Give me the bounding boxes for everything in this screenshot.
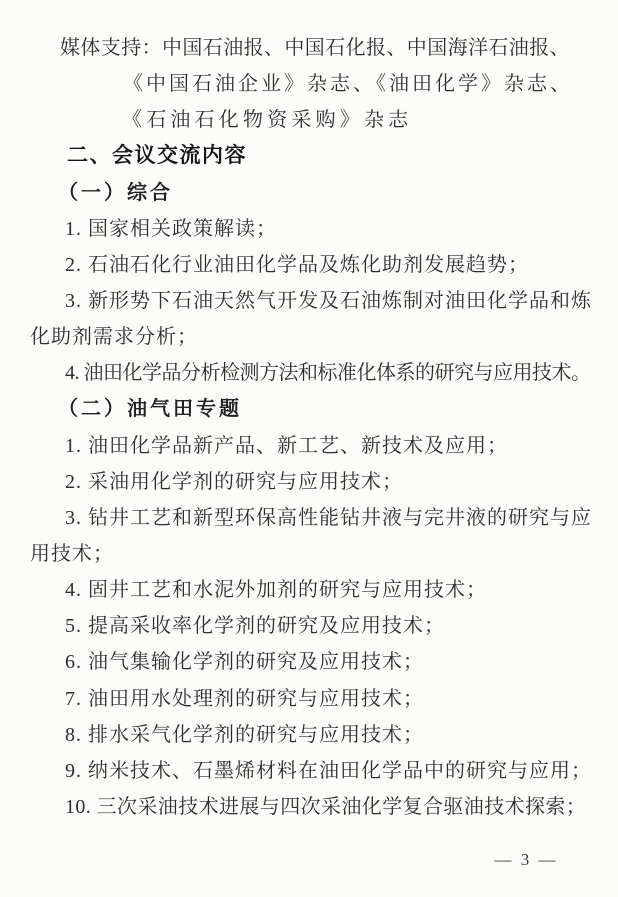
list-item: 9. 纳米技术、石墨烯材料在油田化学品中的研究与应用； — [65, 753, 618, 789]
list-item-continuation: 化助剂需求分析； — [30, 319, 618, 355]
document-body: 媒体支持：中国石油报、中国石化报、中国海洋石油报、 《中国石油企业》杂志、《油田… — [0, 0, 618, 825]
media-support-line-1: 媒体支持：中国石油报、中国石化报、中国海洋石油报、 — [60, 30, 618, 66]
list-item: 4. 油田化学品分析检测方法和标准化体系的研究与应用技术。 — [65, 355, 618, 391]
list-item: 10. 三次采油技术进展与四次采油化学复合驱油技术探索； — [65, 789, 618, 825]
subsection-1-heading: （一）综合 — [58, 175, 618, 211]
list-item: 1. 国家相关政策解读； — [65, 211, 618, 247]
list-item: 7. 油田用水处理剂的研究与应用技术； — [65, 681, 618, 717]
list-item: 5. 提高采收率化学剂的研究及应用技术； — [65, 608, 618, 644]
page-number: — 3 — — [495, 850, 559, 870]
document-page: 媒体支持：中国石油报、中国石化报、中国海洋石油报、 《中国石油企业》杂志、《油田… — [0, 0, 618, 897]
section-heading: 二、会议交流内容 — [67, 138, 618, 174]
list-item: 8. 排水采气化学剂的研究与应用技术； — [65, 717, 618, 753]
media-support-line-3: 《石油石化物资采购》杂志 — [122, 102, 618, 138]
list-item-continuation: 用技术； — [30, 536, 618, 572]
list-item: 6. 油气集输化学剂的研究及应用技术； — [65, 644, 618, 680]
list-item: 2. 采油用化学剂的研究与应用技术； — [65, 464, 618, 500]
list-item: 1. 油田化学品新产品、新工艺、新技术及应用； — [65, 428, 618, 464]
list-item: 3. 钻井工艺和新型环保高性能钻井液与完井液的研究与应 — [65, 500, 618, 536]
list-item: 2. 石油石化行业油田化学品及炼化助剂发展趋势； — [65, 247, 618, 283]
list-item: 4. 固井工艺和水泥外加剂的研究与应用技术； — [65, 572, 618, 608]
media-support-line-2: 《中国石油企业》杂志、《油田化学》杂志、 — [123, 66, 618, 102]
list-item: 3. 新形势下石油天然气开发及石油炼制对油田化学品和炼 — [65, 283, 618, 319]
subsection-2-heading: （二）油气田专题 — [58, 391, 618, 427]
